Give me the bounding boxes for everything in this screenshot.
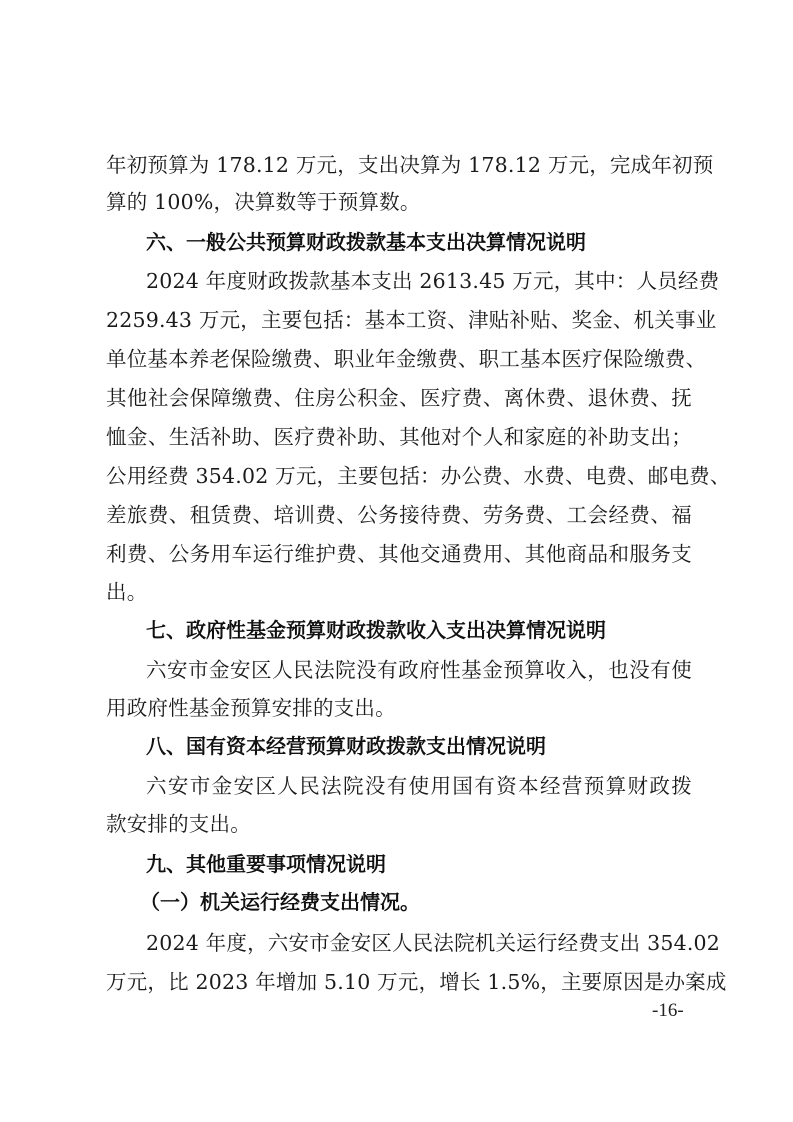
paragraph-line: 用政府性基金预算安排的支出。 xyxy=(106,691,692,721)
subsection-heading: （一）机关运行经费支出情况。 xyxy=(140,886,420,915)
section-heading-7: 七、政府性基金预算财政拨款收入支出决算情况说明 xyxy=(146,614,606,643)
paragraph-line: 六安市金安区人民法院没有政府性基金预算收入，也没有使 xyxy=(146,653,692,683)
paragraph-line: 出。 xyxy=(106,575,692,605)
paragraph-line: 款安排的支出。 xyxy=(106,807,692,837)
paragraph-line: 单位基本养老保险缴费、职业年金缴费、职工基本医疗保险缴费、 xyxy=(106,342,692,372)
paragraph-line: 恤金、生活补助、医疗费补助、其他对个人和家庭的补助支出； xyxy=(106,420,692,450)
paragraph-line: 公用经费 354.02 万元，主要包括：办公费、水费、电费、邮电费、 xyxy=(106,459,692,489)
paragraph-line: 年初预算为 178.12 万元，支出决算为 178.12 万元，完成年初预 xyxy=(106,148,692,178)
paragraph-line: 算的 100%，决算数等于预算数。 xyxy=(106,185,692,215)
section-heading-6: 六、一般公共预算财政拨款基本支出决算情况说明 xyxy=(146,226,586,255)
paragraph-line: 2024 年度，六安市金安区人民法院机关运行经费支出 354.02 xyxy=(146,926,692,956)
section-heading-9: 九、其他重要事项情况说明 xyxy=(146,848,386,877)
paragraph-line: 万元，比 2023 年增加 5.10 万元，增长 1.5%，主要原因是办案成 xyxy=(106,965,692,995)
paragraph-line: 其他社会保障缴费、住房公积金、医疗费、离休费、退休费、抚 xyxy=(106,381,692,411)
paragraph-line: 利费、公务用车运行维护费、其他交通费用、其他商品和服务支 xyxy=(106,537,692,567)
paragraph-line: 2024 年度财政拨款基本支出 2613.45 万元，其中：人员经费 xyxy=(146,264,692,294)
page-number: -16- xyxy=(652,1000,684,1022)
section-heading-8: 八、国有资本经营预算财政拨款支出情况说明 xyxy=(146,730,546,759)
paragraph-line: 六安市金安区人民法院没有使用国有资本经营预算财政拨 xyxy=(146,769,692,799)
paragraph-line: 2259.43 万元，主要包括：基本工资、津贴补贴、奖金、机关事业 xyxy=(106,303,692,333)
document-page: 年初预算为 178.12 万元，支出决算为 178.12 万元，完成年初预 算的… xyxy=(0,0,793,1122)
paragraph-line: 差旅费、租赁费、培训费、公务接待费、劳务费、工会经费、福 xyxy=(106,498,692,528)
